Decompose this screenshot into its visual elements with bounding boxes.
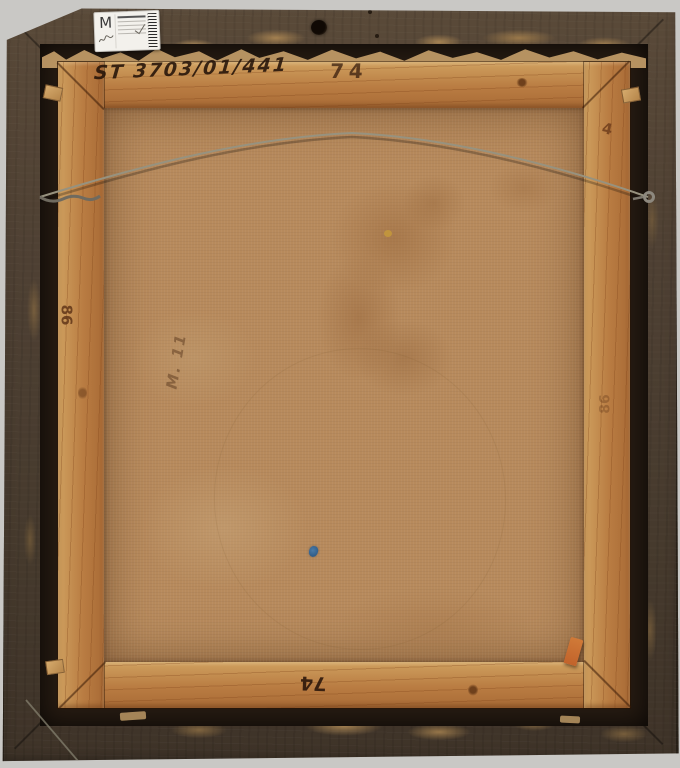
inscription-left-bar-number: 86 (57, 305, 75, 326)
label-text-column (115, 13, 148, 48)
barcode-icon (147, 13, 157, 47)
stretcher-key-bottom-left (45, 659, 65, 675)
wood-knot (78, 386, 87, 400)
label-monogram-column: M (96, 14, 116, 49)
inscription-right-bar-number: 86 (598, 394, 614, 413)
checkmark-scribble-icon (133, 23, 147, 35)
auction-label: M (93, 10, 160, 52)
photo-backdrop: M. 11 ST 3703/01/441 74 86 4 86 74 M (0, 0, 680, 768)
label-title-line (117, 15, 145, 18)
stretcher-bar-left (58, 62, 104, 708)
paper-chip (560, 715, 580, 723)
signature-scribble-icon (98, 31, 114, 46)
label-barcode-column (147, 13, 157, 47)
wood-knot (516, 78, 528, 87)
inscription-top-center-number: 74 (329, 59, 369, 83)
label-text-line (118, 20, 146, 22)
nail-hole (368, 10, 372, 14)
painting-back: M. 11 ST 3703/01/441 74 86 4 86 74 M (0, 0, 680, 768)
wood-knot (468, 684, 478, 696)
stretcher-bar-bottom (58, 662, 630, 708)
yellow-paint-spot (384, 230, 392, 237)
inscription-bottom-center-number: 74 (300, 672, 327, 695)
stretcher-bar-right (584, 62, 630, 708)
nail-hole (375, 34, 379, 38)
label-letter: M (99, 15, 113, 32)
frame-knot-hole (311, 20, 327, 35)
